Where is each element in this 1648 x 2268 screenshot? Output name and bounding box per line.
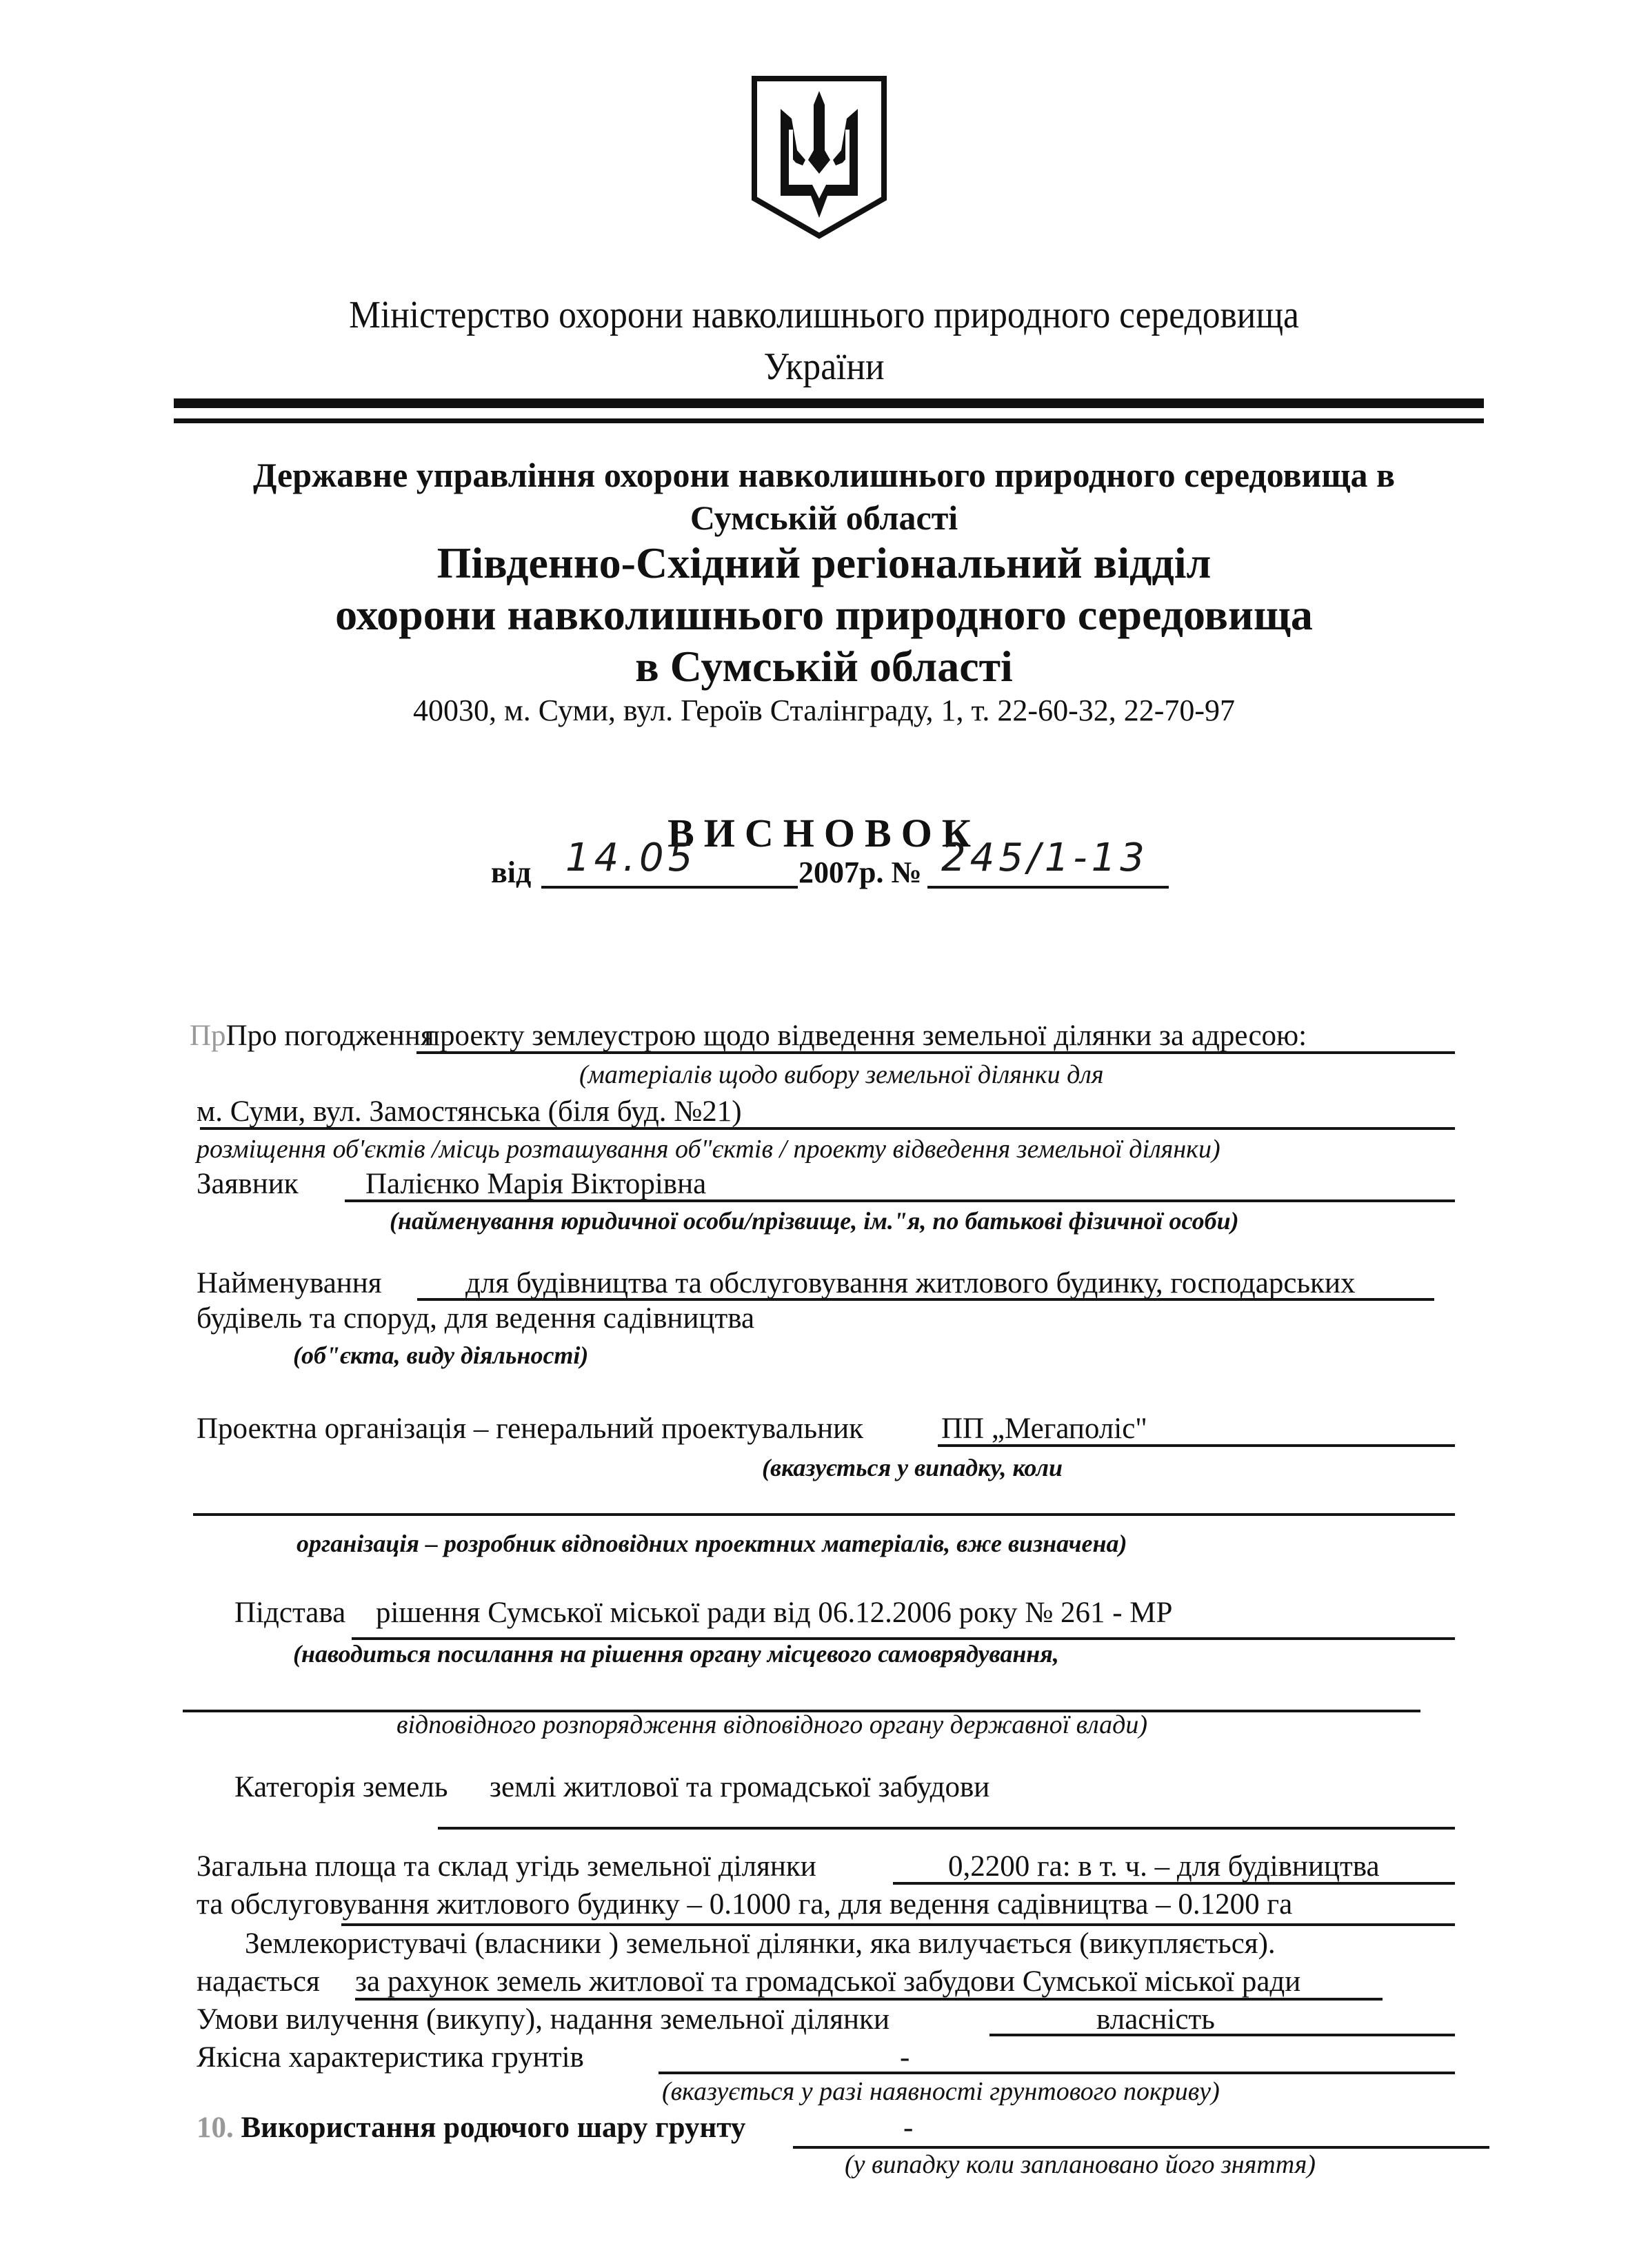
design-org-label: Проектна організація – генеральний проек… (197, 1412, 863, 1446)
basis-label: Підстава (234, 1596, 345, 1630)
soil-quality-label: Якісна характеристика грунтів (197, 2041, 584, 2074)
applicant-hint: (найменування юридичної особи/прізвище, … (390, 1206, 1239, 1235)
total-area-underline2 (341, 1923, 1455, 1926)
name-underline (417, 1298, 1434, 1301)
topsoil-use-hint: (у випадку коли заплановано його зняття) (845, 2149, 1316, 2180)
total-area-label: Загальна площа та склад угідь земельної … (197, 1850, 816, 1883)
agreement-hint1: (матеріалів щодо вибору земельної ділянк… (579, 1060, 1104, 1090)
design-org-underline (938, 1444, 1455, 1447)
total-area-value2: та обслуговування житлового будинку – 0.… (197, 1887, 1292, 1921)
department-line2: Сумській області (0, 498, 1648, 538)
design-org-blank-underline (193, 1513, 1455, 1516)
department-line5: в Сумській області (0, 641, 1648, 692)
date-underline (541, 886, 798, 889)
soil-quality-value: - (900, 2041, 910, 2074)
land-users-label2: надається (197, 1965, 320, 1998)
basis-hint2: відповідного розпорядження відповідного … (396, 1710, 1147, 1740)
agreement-underline (416, 1051, 1455, 1054)
total-area-value1: 0,2200 га: в т. ч. – для будівництва (948, 1850, 1380, 1883)
ministry-name-line2: України (66, 345, 1582, 389)
land-users-underline (355, 1998, 1383, 2001)
date-handwritten: 14.05 (565, 836, 696, 880)
applicant-label: Заявник (197, 1167, 299, 1201)
applicant-value: Палієнко Марія Вікторівна (365, 1167, 706, 1201)
header-thin-rule (174, 418, 1484, 423)
agreement-value: проекту землеустрою щодо відведення земе… (424, 1019, 1307, 1053)
conditions-label: Умови вилучення (викупу), надання земель… (197, 2003, 890, 2036)
name-label: Найменування (197, 1266, 382, 1300)
design-org-hint2: організація – розробник відповідних прое… (297, 1529, 1127, 1558)
header-thick-rule (174, 398, 1484, 408)
applicant-underline (345, 1199, 1455, 1202)
date-from-label: від (491, 855, 531, 890)
total-area-underline (893, 1882, 1455, 1885)
land-category-value: землі житлової та громадської забудови (490, 1770, 989, 1804)
department-line4: охорони навколишнього природного середов… (0, 589, 1648, 640)
conditions-underline (989, 2034, 1455, 2036)
address-underline (200, 1127, 1455, 1130)
soil-quality-underline (659, 2072, 1455, 2074)
conditions-value: власність (1096, 2003, 1215, 2036)
department-line3: Південно-Східний регіональний відділ (0, 538, 1648, 589)
number-underline (927, 886, 1169, 889)
design-org-value: ПП „Мегаполіс" (941, 1412, 1147, 1446)
land-users-label: Землекористувачі (власники ) земельної д… (245, 1927, 1276, 1961)
ministry-name-line1: Міністерство охорони навколишнього приро… (66, 293, 1582, 337)
coat-of-arms-icon (750, 74, 888, 240)
agreement-address: м. Суми, вул. Замостянська (біля буд. №2… (197, 1095, 742, 1128)
name-value1: для будівництва та обслуговування житлов… (465, 1266, 1355, 1300)
year-number-label: 2007р. № (798, 855, 922, 890)
soil-quality-hint: (вказується у разі наявності грунтового … (662, 2076, 1220, 2107)
department-line1: Державне управління охорони навколишньог… (0, 455, 1648, 495)
topsoil-use-value: - (903, 2111, 913, 2145)
document-title: ВИСНОВОК (0, 810, 1648, 856)
land-users-value: за рахунок земель житлової та громадсько… (355, 1965, 1300, 1998)
topsoil-use-label: 10. Використання родючого шару грунту (197, 2111, 745, 2145)
name-value2: будівель та споруд, для ведення садівниц… (197, 1302, 754, 1335)
agreement-label: ПрПро погодження (190, 1019, 434, 1053)
land-category-label: Категорія земель (234, 1770, 448, 1804)
agreement-hint2: розміщення об'єктів /місць розташування … (197, 1134, 1220, 1164)
basis-value: рішення Сумської міської ради від 06.12.… (376, 1596, 1172, 1630)
basis-hint1: (наводиться посилання на рішення органу … (293, 1639, 1059, 1668)
number-handwritten: 245/1-13 (941, 836, 1149, 880)
topsoil-use-underline (793, 2146, 1489, 2149)
name-hint: (об"єкта, виду діяльності) (293, 1341, 588, 1370)
design-org-hint1: (вказується у випадку, коли (762, 1453, 1063, 1482)
land-category-underline (438, 1827, 1455, 1830)
department-address: 40030, м. Суми, вул. Героїв Сталінграду,… (0, 693, 1648, 728)
